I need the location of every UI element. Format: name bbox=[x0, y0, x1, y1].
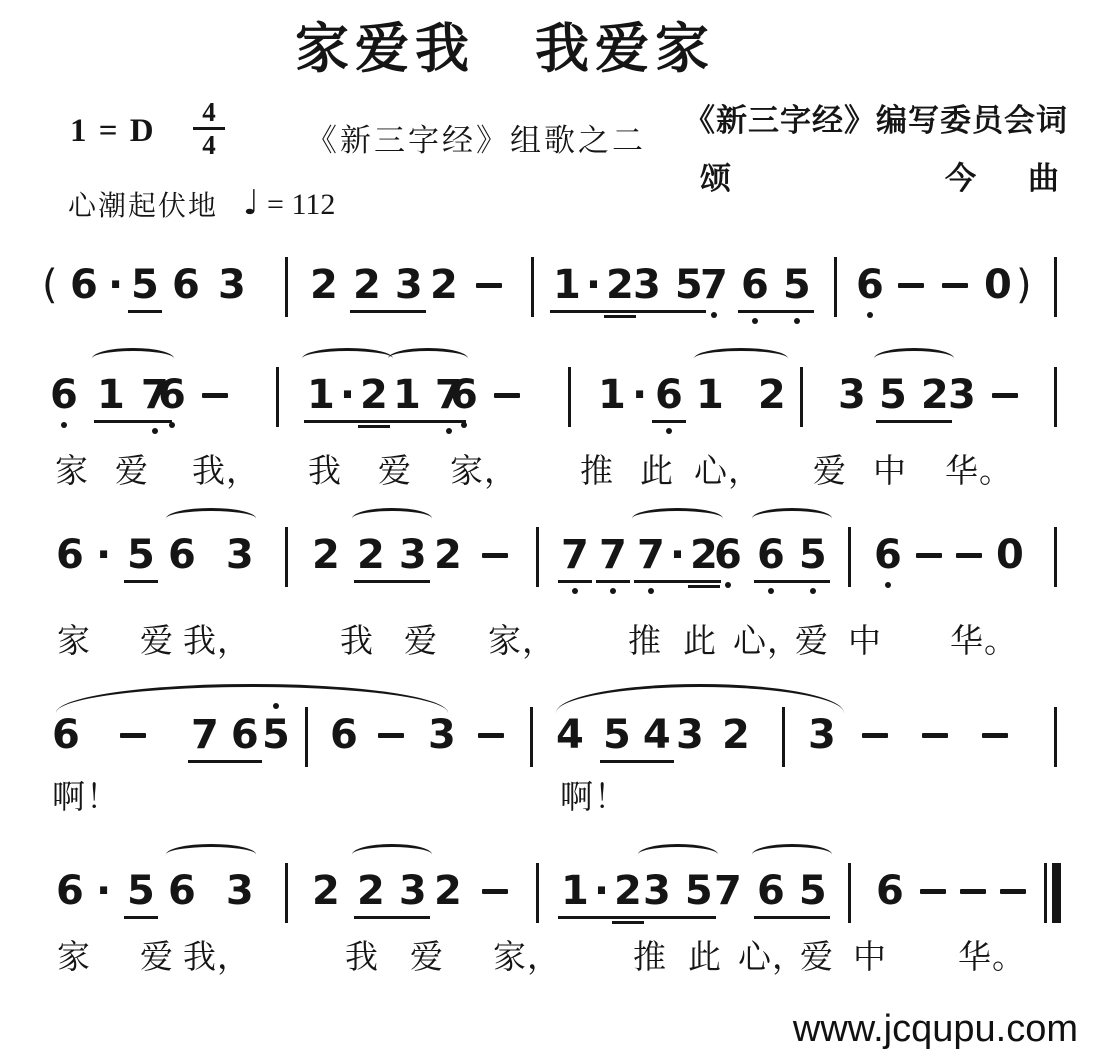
beam-group: 12 bbox=[696, 372, 786, 418]
low-octave-dot bbox=[169, 422, 175, 428]
note: 3 bbox=[808, 712, 836, 758]
note: 0 bbox=[996, 532, 1024, 578]
duration-dash bbox=[898, 283, 924, 288]
beam-group: 63 bbox=[168, 868, 254, 914]
note: 6 bbox=[741, 262, 769, 308]
beam-group-notes: 5 bbox=[124, 868, 158, 919]
phrase-slur bbox=[556, 684, 844, 713]
note: 5 bbox=[783, 262, 811, 308]
note: 6 bbox=[655, 372, 683, 418]
beam-group: 76 bbox=[188, 712, 262, 763]
lyric-syllable: 我， bbox=[192, 452, 260, 492]
low-octave-dot bbox=[666, 428, 672, 434]
low-octave-dot bbox=[711, 312, 717, 318]
augmentation-dot: · bbox=[96, 868, 111, 914]
beam-group-notes: 76 bbox=[188, 712, 262, 763]
slur bbox=[632, 508, 723, 529]
duration-dash bbox=[476, 283, 502, 288]
lyric-syllable: 啊！ bbox=[560, 778, 628, 818]
score-line-4: 676563454323 bbox=[0, 712, 1100, 772]
duration-dash bbox=[494, 393, 520, 398]
augmentation-dot: · bbox=[632, 372, 647, 418]
slur bbox=[352, 508, 432, 529]
note: 2 bbox=[353, 262, 381, 308]
high-octave-dot bbox=[273, 703, 279, 709]
barline bbox=[530, 707, 533, 767]
slur bbox=[92, 348, 174, 369]
lyric-syllable: 家 bbox=[57, 622, 91, 662]
note: 5 bbox=[603, 712, 631, 758]
note: 4 bbox=[643, 712, 671, 758]
note: 1 bbox=[553, 262, 581, 308]
note: 5 bbox=[799, 532, 827, 578]
lyric-syllable: 家， bbox=[450, 452, 518, 492]
note: 2 bbox=[310, 262, 338, 308]
note: 6 bbox=[70, 262, 98, 308]
beam-group: 23 bbox=[350, 262, 426, 313]
open-paren: ( bbox=[42, 262, 58, 308]
beam-group: 1·2 bbox=[304, 372, 391, 423]
lyric-syllable: 家， bbox=[488, 622, 556, 662]
note: 6 bbox=[56, 532, 84, 578]
beam-group: 5 bbox=[124, 532, 158, 583]
sixteenth-underline bbox=[688, 585, 720, 588]
augmentation-dot: · bbox=[670, 532, 685, 578]
note: 6 bbox=[714, 532, 742, 578]
note: 7 bbox=[191, 712, 219, 758]
beam-group-notes: 65 bbox=[738, 262, 814, 313]
lyric-syllable: 心， bbox=[738, 938, 806, 978]
beam-group: 7 bbox=[596, 532, 630, 583]
low-octave-dot bbox=[461, 422, 467, 428]
slur bbox=[166, 844, 256, 865]
barline bbox=[782, 707, 785, 767]
beam-group-notes: 7 bbox=[558, 532, 592, 583]
score: (6·56322321·23576560)61761·21761·6123523… bbox=[0, 0, 1100, 1064]
slur bbox=[166, 508, 256, 529]
augmentation-dot: · bbox=[96, 532, 111, 578]
note: 6 bbox=[52, 712, 80, 758]
slur bbox=[302, 348, 393, 369]
lyric-syllable: 家 bbox=[57, 938, 91, 978]
duration-dash bbox=[478, 733, 504, 738]
note: 1 bbox=[307, 372, 335, 418]
low-octave-dot bbox=[768, 588, 774, 594]
note: 7 bbox=[599, 532, 627, 578]
lyric-syllable: 爱 bbox=[813, 452, 847, 492]
lyric-syllable: 爱 bbox=[115, 452, 149, 492]
lyric-syllable: 心， bbox=[733, 622, 801, 662]
duration-dash bbox=[120, 733, 146, 738]
beam-group-notes: 1·2 bbox=[558, 868, 645, 919]
lyric-syllable: 推 bbox=[628, 622, 662, 662]
note: 3 bbox=[633, 262, 661, 308]
note: 5 bbox=[799, 868, 827, 914]
beam-group-notes: 23 bbox=[354, 868, 430, 919]
low-octave-dot bbox=[61, 422, 67, 428]
beam-group-notes: 63 bbox=[168, 868, 254, 914]
duration-dash bbox=[1000, 889, 1026, 894]
barline bbox=[1054, 367, 1057, 427]
note: 3 bbox=[643, 868, 671, 914]
note: 3 bbox=[428, 712, 456, 758]
note: 6 bbox=[168, 868, 196, 914]
low-octave-dot bbox=[794, 318, 800, 324]
duration-dash bbox=[982, 733, 1008, 738]
beam-group-notes: 1·2 bbox=[550, 262, 637, 313]
low-octave-dot bbox=[810, 588, 816, 594]
slur bbox=[752, 508, 832, 529]
beam-group: 65 bbox=[754, 868, 830, 919]
beam-group-notes: 6 bbox=[652, 372, 686, 423]
note: 2 bbox=[430, 262, 458, 308]
beam-group-notes: 65 bbox=[754, 532, 830, 583]
beam-group-notes: 63 bbox=[168, 532, 254, 578]
lyric-syllable: 中 bbox=[873, 452, 907, 492]
score-line-1: (6·56322321·23576560) bbox=[0, 262, 1100, 322]
lyric-syllable: 爱 bbox=[378, 452, 412, 492]
lyric-syllable: 华。 bbox=[958, 938, 1026, 978]
beam-group: 52 bbox=[876, 372, 952, 423]
note: 3 bbox=[226, 868, 254, 914]
augmentation-dot: · bbox=[108, 262, 123, 308]
score-line-5: 6·56322321·2357656 bbox=[0, 868, 1100, 928]
beam-group: 23 bbox=[354, 532, 430, 583]
augmentation-dot: · bbox=[594, 868, 609, 914]
beam-group-notes: 5 bbox=[128, 262, 162, 313]
beam-group-notes: 54 bbox=[600, 712, 674, 763]
duration-dash bbox=[922, 733, 948, 738]
slur bbox=[638, 844, 718, 865]
lyric-syllable: 我 bbox=[340, 622, 374, 662]
barline bbox=[305, 707, 308, 767]
note: 7 bbox=[561, 532, 589, 578]
low-octave-dot bbox=[152, 428, 158, 434]
score-line-3: 6·5632232777·266560 bbox=[0, 532, 1100, 592]
slur bbox=[874, 348, 954, 369]
note: 2 bbox=[434, 868, 462, 914]
note: 6 bbox=[876, 868, 904, 914]
note: 3 bbox=[399, 868, 427, 914]
duration-dash bbox=[920, 889, 946, 894]
beam-group: 7·2 bbox=[634, 532, 721, 583]
beam-group-notes: 65 bbox=[754, 868, 830, 919]
note: 3 bbox=[399, 532, 427, 578]
note: 6 bbox=[231, 712, 259, 758]
barline bbox=[276, 367, 279, 427]
note: 6 bbox=[56, 868, 84, 914]
lyrics-line-4: 啊！啊！ bbox=[0, 778, 1100, 824]
duration-dash bbox=[862, 733, 888, 738]
barline bbox=[800, 367, 803, 427]
note: 6 bbox=[168, 532, 196, 578]
low-octave-dot bbox=[752, 318, 758, 324]
barline bbox=[568, 367, 571, 427]
low-octave-dot bbox=[725, 582, 731, 588]
lyric-syllable: 爱 bbox=[140, 622, 174, 662]
note: 7 bbox=[714, 868, 742, 914]
beam-group: 35 bbox=[640, 868, 716, 919]
lyric-syllable: 我， bbox=[183, 938, 251, 978]
lyric-syllable: 爱 bbox=[800, 938, 834, 978]
lyric-syllable: 推 bbox=[633, 938, 667, 978]
sixteenth-underline bbox=[358, 425, 390, 428]
beam-group: 65 bbox=[738, 262, 814, 313]
low-octave-dot bbox=[610, 588, 616, 594]
note: 2 bbox=[921, 372, 949, 418]
lyric-syllable: 此 bbox=[683, 622, 717, 662]
beam-group-notes: 7·2 bbox=[634, 532, 721, 583]
barline bbox=[1054, 527, 1057, 587]
lyric-syllable: 爱 bbox=[795, 622, 829, 662]
barline bbox=[848, 863, 851, 923]
duration-dash bbox=[942, 283, 968, 288]
beam-group: 5 bbox=[128, 262, 162, 313]
note: 7 bbox=[637, 532, 665, 578]
note: 6 bbox=[50, 372, 78, 418]
duration-dash bbox=[960, 889, 986, 894]
beam-group-notes: 12 bbox=[696, 372, 786, 418]
note: 5 bbox=[675, 262, 703, 308]
lyric-syllable: 华。 bbox=[945, 452, 1013, 492]
note: 2 bbox=[758, 372, 786, 418]
lyrics-line-2: 家爱我，我爱家，推此心，爱中华。 bbox=[0, 452, 1100, 498]
barline bbox=[531, 257, 534, 317]
lyric-syllable: 中 bbox=[848, 622, 882, 662]
note: 2 bbox=[357, 532, 385, 578]
final-barline-thin bbox=[1044, 863, 1047, 923]
barline bbox=[1054, 707, 1057, 767]
lyrics-line-5: 家爱我，我爱家，推此心，爱中华。 bbox=[0, 938, 1100, 984]
note: 4 bbox=[556, 712, 584, 758]
note: 6 bbox=[874, 532, 902, 578]
lyric-syllable: 心， bbox=[694, 452, 762, 492]
beam-group: 7 bbox=[558, 532, 592, 583]
slur bbox=[388, 348, 468, 369]
beam-group: 6 bbox=[652, 372, 686, 423]
barline bbox=[536, 863, 539, 923]
beam-group: 1·2 bbox=[550, 262, 637, 313]
note: 3 bbox=[838, 372, 866, 418]
beam-group: 35 bbox=[630, 262, 706, 313]
sixteenth-underline bbox=[612, 921, 644, 924]
note: 2 bbox=[722, 712, 750, 758]
beam-group-notes: 23 bbox=[350, 262, 426, 313]
beam-group-notes: 1·2 bbox=[304, 372, 391, 423]
note: 1 bbox=[97, 372, 125, 418]
lyric-syllable: 爱 bbox=[140, 938, 174, 978]
note: 1 bbox=[561, 868, 589, 914]
low-octave-dot bbox=[572, 588, 578, 594]
duration-dash bbox=[482, 553, 508, 558]
note: 3 bbox=[676, 712, 704, 758]
lyric-syllable: 中 bbox=[853, 938, 887, 978]
note: 3 bbox=[218, 262, 246, 308]
lyric-syllable: 华。 bbox=[950, 622, 1018, 662]
note: 1 bbox=[598, 372, 626, 418]
note: 6 bbox=[450, 372, 478, 418]
note: 6 bbox=[856, 262, 884, 308]
slur bbox=[352, 844, 432, 865]
note: 3 bbox=[948, 372, 976, 418]
note: 5 bbox=[685, 868, 713, 914]
beam-group-notes: 23 bbox=[354, 532, 430, 583]
beam-group: 54 bbox=[600, 712, 674, 763]
lyric-syllable: 爱 bbox=[410, 938, 444, 978]
barline bbox=[285, 863, 288, 923]
note: 1 bbox=[696, 372, 724, 418]
low-octave-dot bbox=[446, 428, 452, 434]
note: 6 bbox=[757, 532, 785, 578]
final-barline-thick bbox=[1052, 863, 1061, 923]
beam-group-notes: 35 bbox=[630, 262, 706, 313]
augmentation-dot: · bbox=[586, 262, 601, 308]
note: 6 bbox=[330, 712, 358, 758]
note: 3 bbox=[395, 262, 423, 308]
note: 2 bbox=[312, 868, 340, 914]
beam-group-notes: 35 bbox=[640, 868, 716, 919]
duration-dash bbox=[916, 553, 942, 558]
barline bbox=[285, 257, 288, 317]
beam-group: 5 bbox=[124, 868, 158, 919]
sixteenth-underline bbox=[604, 315, 636, 318]
note: 2 bbox=[312, 532, 340, 578]
beam-group-notes: 7 bbox=[596, 532, 630, 583]
note: 5 bbox=[879, 372, 907, 418]
lyric-syllable: 我 bbox=[345, 938, 379, 978]
lyric-syllable: 爱 bbox=[404, 622, 438, 662]
final-barline bbox=[1044, 863, 1062, 923]
barline bbox=[834, 257, 837, 317]
sheet-page: 家爱我 我爱家 1 = D 4 4 《新三字经》组歌之二 《新三字经》编写委员会… bbox=[0, 0, 1100, 1064]
note: 6 bbox=[158, 372, 186, 418]
low-octave-dot bbox=[867, 312, 873, 318]
beam-group: 65 bbox=[754, 532, 830, 583]
lyric-syllable: 啊！ bbox=[52, 778, 120, 818]
note: 3 bbox=[226, 532, 254, 578]
phrase-slur bbox=[56, 684, 448, 713]
beam-group-notes: 52 bbox=[876, 372, 952, 423]
note: 2 bbox=[357, 868, 385, 914]
barline bbox=[285, 527, 288, 587]
barline bbox=[1054, 257, 1057, 317]
barline bbox=[536, 527, 539, 587]
lyric-syllable: 我， bbox=[183, 622, 251, 662]
lyric-syllable: 此 bbox=[640, 452, 674, 492]
beam-group: 63 bbox=[168, 532, 254, 578]
note: 0 bbox=[984, 262, 1012, 308]
lyrics-line-3: 家爱我，我爱家，推此心，爱中华。 bbox=[0, 622, 1100, 668]
note: 5 bbox=[127, 532, 155, 578]
beam-group: 1·2 bbox=[558, 868, 645, 919]
note: 6 bbox=[172, 262, 200, 308]
note: 7 bbox=[700, 262, 728, 308]
note: 6 bbox=[757, 868, 785, 914]
low-octave-dot bbox=[885, 582, 891, 588]
beam-group: 23 bbox=[354, 868, 430, 919]
duration-dash bbox=[992, 393, 1018, 398]
duration-dash bbox=[202, 393, 228, 398]
note: 2 bbox=[434, 532, 462, 578]
slur bbox=[752, 844, 832, 865]
note: 5 bbox=[131, 262, 159, 308]
duration-dash bbox=[378, 733, 404, 738]
lyric-syllable: 此 bbox=[688, 938, 722, 978]
note: 2 bbox=[360, 372, 388, 418]
website-watermark: www.jcqupu.com bbox=[793, 1006, 1078, 1052]
lyric-syllable: 家， bbox=[493, 938, 561, 978]
slur bbox=[694, 348, 788, 369]
note: 1 bbox=[393, 372, 421, 418]
lyric-syllable: 我 bbox=[308, 452, 342, 492]
lyric-syllable: 推 bbox=[580, 452, 614, 492]
duration-dash bbox=[956, 553, 982, 558]
augmentation-dot: · bbox=[340, 372, 355, 418]
note: 5 bbox=[262, 712, 290, 758]
beam-group-notes: 5 bbox=[124, 532, 158, 583]
barline bbox=[848, 527, 851, 587]
duration-dash bbox=[482, 889, 508, 894]
score-line-2: 61761·21761·6123523 bbox=[0, 372, 1100, 432]
close-paren: ) bbox=[1016, 262, 1032, 308]
note: 2 bbox=[614, 868, 642, 914]
low-octave-dot bbox=[648, 588, 654, 594]
lyric-syllable: 家 bbox=[55, 452, 89, 492]
note: 5 bbox=[127, 868, 155, 914]
